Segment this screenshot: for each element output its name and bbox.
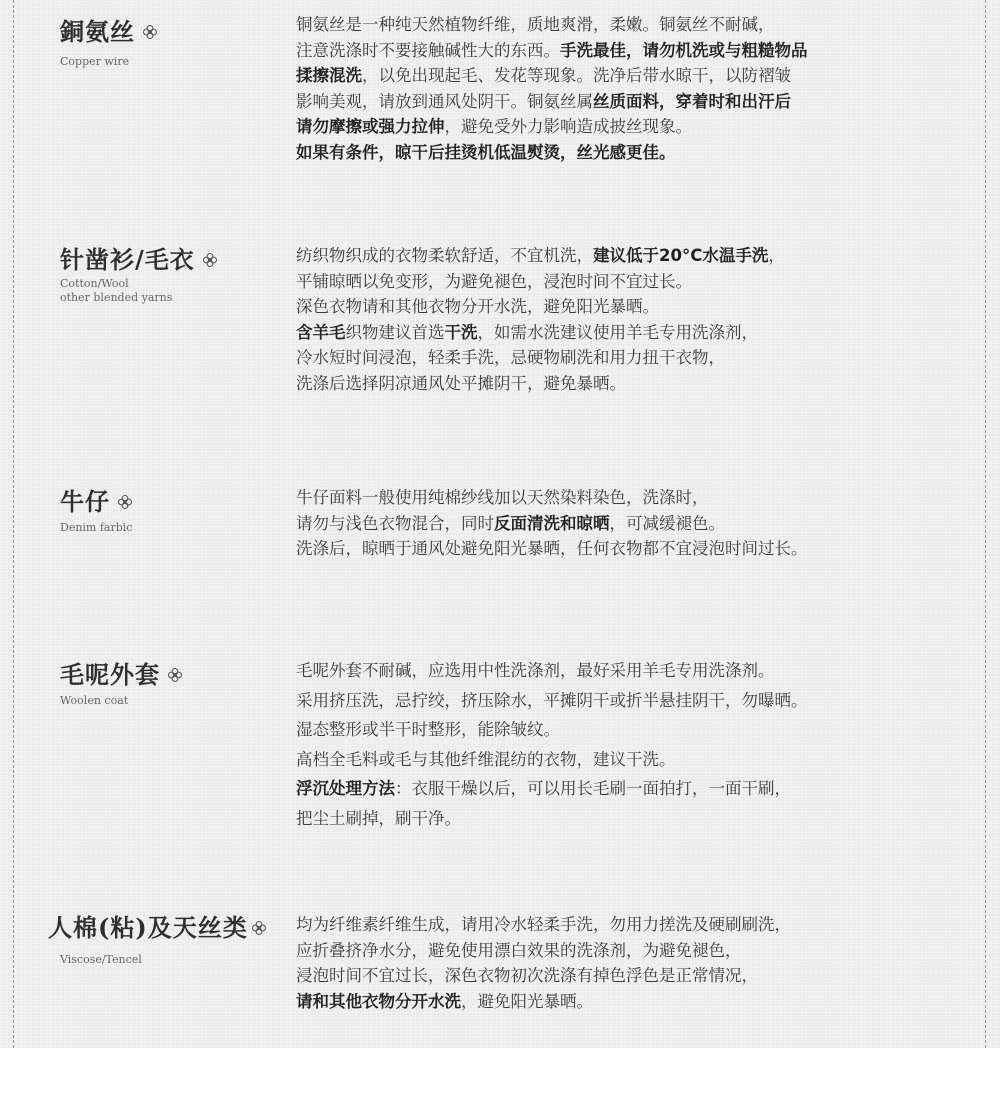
body-line: 铜氨丝是一种纯天然植物纤维，质地爽滑，柔嫩。铜氨丝不耐碱， [296,12,976,38]
flower-icon [166,666,184,684]
section-body: 毛呢外套不耐碱，应选用中性洗涤剂，最好采用羊毛专用洗涤剂。采用挤压洗，忌拧绞，挤… [296,656,976,833]
body-text: 影响美观，请放到通风处阴干。铜氨丝属 [296,92,593,111]
body-text: ， [768,246,785,265]
section-title: 毛呢外套 [60,660,184,690]
emphasis-text: 丝质面料，穿着时和出汗后 [593,92,791,111]
body-text: 平铺晾晒以免变形，为避免褪色，浸泡时间不宜过长。 [296,272,692,291]
body-line: 平铺晾晒以免变形，为避免褪色，浸泡时间不宜过长。 [296,269,976,295]
body-text: 纺织物织成的衣物柔软舒适，不宜机洗， [296,246,593,265]
body-line: 影响美观，请放到通风处阴干。铜氨丝属丝质面料，穿着时和出汗后 [296,89,976,115]
body-text: 洗涤后，晾晒于通风处避免阳光暴晒，任何衣物都不宜浸泡时间过长。 [296,539,808,558]
section-title-text: 銅氨丝 [60,17,135,47]
subtitle-line: Woolen coat [60,694,184,708]
body-text: 把尘土刷掉，刷干净。 [296,809,461,828]
care-instructions-panel: 銅氨丝 Copper wire 铜氨丝是一种纯天然植物纤维，质地爽滑，柔嫩。铜氨… [0,0,1000,1048]
flower-icon [141,23,159,41]
body-line: 冷水短时间浸泡，轻柔手洗，忌硬物刷洗和用力扭干衣物， [296,345,976,371]
section-title: 牛仔 [60,487,134,517]
section-heading: 牛仔 Denim farbic [60,487,134,535]
body-text: 浸泡时间不宜过长，深色衣物初次洗涤有掉色浮色是正常情况， [296,966,758,985]
body-line: 揉擦混洗，以免出现起毛、发花等现象。洗净后带水晾干，以防褶皱 [296,63,976,89]
subtitle-line: Copper wire [60,55,159,69]
flower-icon [250,919,268,937]
body-text: 牛仔面料一般使用纯棉纱线加以天然染料染色，洗涤时， [296,488,709,507]
body-text: 铜氨丝是一种纯天然植物纤维，质地爽滑，柔嫩。铜氨丝不耐碱， [296,15,775,34]
section-title: 人棉(粘)及天丝类 [48,913,268,943]
body-line: 注意洗涤时不要接触碱性大的东西。手洗最佳，请勿机洗或与粗糙物品 [296,38,976,64]
section-heading: 人棉(粘)及天丝类 Viscose/Tencel [48,913,268,967]
body-line: 含羊毛织物建议首选干洗，如需水洗建议使用羊毛专用洗涤剂， [296,320,976,346]
section-body: 铜氨丝是一种纯天然植物纤维，质地爽滑，柔嫩。铜氨丝不耐碱，注意洗涤时不要接触碱性… [296,12,976,165]
body-text: ，以免出现起毛、发花等现象。洗净后带水晾干，以防褶皱 [362,66,791,85]
body-line: 均为纤维素纤维生成，请用冷水轻柔手洗，勿用力搓洗及硬刷刷洗， [296,912,976,938]
emphasis-text: 反面清洗和晾晒 [494,514,610,533]
body-text: ：衣服干燥以后，可以用长毛刷一面拍打，一面干刷， [395,779,791,798]
emphasis-text: 含羊毛 [296,323,346,342]
section-body: 牛仔面料一般使用纯棉纱线加以天然染料染色，洗涤时，请勿与浅色衣物混合，同时反面清… [296,485,976,562]
body-text: 采用挤压洗，忌拧绞，挤压除水，平摊阴干或折半悬挂阴干，勿曝晒。 [296,691,808,710]
body-text: 毛呢外套不耐碱，应选用中性洗涤剂，最好采用羊毛专用洗涤剂。 [296,661,775,680]
emphasis-text: 请勿摩擦或强力拉伸 [296,117,445,136]
section-body: 均为纤维素纤维生成，请用冷水轻柔手洗，勿用力搓洗及硬刷刷洗，应折叠挤净水分，避免… [296,912,976,1014]
body-text: 注意洗涤时不要接触碱性大的东西。 [296,41,560,60]
section-heading: 针凿衫/毛衣 Cotton/Wool other blended yarns [60,245,219,305]
section-subtitle: Copper wire [60,55,159,69]
section-title-text: 人棉(粘)及天丝类 [48,913,248,943]
subtitle-line: other blended yarns [60,291,219,305]
body-line: 牛仔面料一般使用纯棉纱线加以天然染料染色，洗涤时， [296,485,976,511]
body-text: 湿态整形或半干时整形，能除皱纹。 [296,720,560,739]
subtitle-line: Viscose/Tencel [60,953,268,967]
section-title-text: 毛呢外套 [60,660,160,690]
body-text: 洗涤后选择阴凉通风处平摊阴干，避免暴晒。 [296,374,626,393]
section-subtitle: Viscose/Tencel [48,953,268,967]
body-text: 应折叠挤净水分，避免使用漂白效果的洗涤剂，为避免褪色， [296,941,742,960]
body-line: 如果有条件，晾干后挂烫机低温熨烫，丝光感更佳。 [296,140,976,166]
emphasis-text: 请和其他衣物分开水洗 [296,992,461,1011]
section-subtitle: Cotton/Wool other blended yarns [60,277,219,305]
body-line: 毛呢外套不耐碱，应选用中性洗涤剂，最好采用羊毛专用洗涤剂。 [296,656,976,686]
emphasis-text: 如果有条件，晾干后挂烫机低温熨烫，丝光感更佳。 [296,143,676,162]
body-line: 请勿与浅色衣物混合，同时反面清洗和晾晒，可减缓褪色。 [296,511,976,537]
body-text: 织物建议首选 [346,323,445,342]
body-line: 浮沉处理方法：衣服干燥以后，可以用长毛刷一面拍打，一面干刷， [296,774,976,804]
body-line: 浸泡时间不宜过长，深色衣物初次洗涤有掉色浮色是正常情况， [296,963,976,989]
body-text: ，如需水洗建议使用羊毛专用洗涤剂， [478,323,759,342]
body-text: 请勿与浅色衣物混合，同时 [296,514,494,533]
emphasis-text: 建议低于20°C水温手洗 [593,246,768,265]
body-line: 洗涤后，晾晒于通风处避免阳光暴晒，任何衣物都不宜浸泡时间过长。 [296,536,976,562]
body-line: 洗涤后选择阴凉通风处平摊阴干，避免暴晒。 [296,371,976,397]
section-heading: 毛呢外套 Woolen coat [60,660,184,708]
subtitle-line: Denim farbic [60,521,134,535]
body-text: ，避免阳光暴晒。 [461,992,593,1011]
body-text: 冷水短时间浸泡，轻柔手洗，忌硬物刷洗和用力扭干衣物， [296,348,725,367]
dashed-border-right [985,0,986,1048]
body-line: 应折叠挤净水分，避免使用漂白效果的洗涤剂，为避免褪色， [296,938,976,964]
body-line: 高档全毛料或毛与其他纤维混纺的衣物，建议干洗。 [296,745,976,775]
section-heading: 銅氨丝 Copper wire [60,17,159,69]
body-line: 请勿摩擦或强力拉伸，避免受外力影响造成披丝现象。 [296,114,976,140]
body-text: 均为纤维素纤维生成，请用冷水轻柔手洗，勿用力搓洗及硬刷刷洗， [296,915,791,934]
body-line: 请和其他衣物分开水洗，避免阳光暴晒。 [296,989,976,1015]
section-title-text: 针凿衫/毛衣 [60,245,195,275]
section-title-text: 牛仔 [60,487,110,517]
emphasis-text: 揉擦混洗 [296,66,362,85]
section-subtitle: Denim farbic [60,521,134,535]
body-line: 深色衣物请和其他衣物分开水洗，避免阳光暴晒。 [296,294,976,320]
body-line: 纺织物织成的衣物柔软舒适，不宜机洗，建议低于20°C水温手洗， [296,243,976,269]
section-subtitle: Woolen coat [60,694,184,708]
emphasis-text: 浮沉处理方法 [296,779,395,798]
section-title: 銅氨丝 [60,17,159,47]
body-text: 深色衣物请和其他衣物分开水洗，避免阳光暴晒。 [296,297,659,316]
body-line: 采用挤压洗，忌拧绞，挤压除水，平摊阴干或折半悬挂阴干，勿曝晒。 [296,686,976,716]
dashed-border-left [13,0,14,1048]
section-body: 纺织物织成的衣物柔软舒适，不宜机洗，建议低于20°C水温手洗，平铺晾晒以免变形，… [296,243,976,396]
body-line: 把尘土刷掉，刷干净。 [296,804,976,834]
body-text: ，避免受外力影响造成披丝现象。 [445,117,693,136]
subtitle-line: Cotton/Wool [60,277,219,291]
section-title: 针凿衫/毛衣 [60,245,219,275]
emphasis-text: 干洗 [445,323,478,342]
flower-icon [201,251,219,269]
body-line: 湿态整形或半干时整形，能除皱纹。 [296,715,976,745]
body-text: ，可减缓褪色。 [610,514,726,533]
flower-icon [116,493,134,511]
emphasis-text: 手洗最佳，请勿机洗或与粗糙物品 [560,41,808,60]
body-text: 高档全毛料或毛与其他纤维混纺的衣物，建议干洗。 [296,750,676,769]
